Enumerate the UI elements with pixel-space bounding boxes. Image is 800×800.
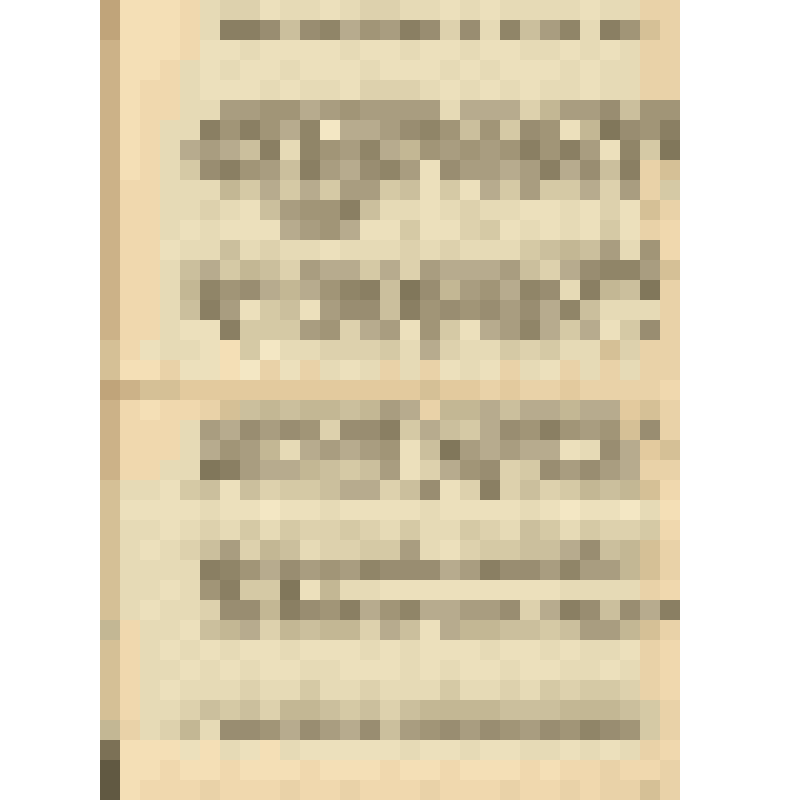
mosaic-block — [480, 600, 500, 620]
mosaic-block — [420, 0, 440, 20]
mosaic-block — [460, 460, 480, 480]
mosaic-block — [320, 480, 340, 500]
mosaic-block — [200, 620, 220, 640]
mosaic-block — [520, 180, 540, 200]
mosaic-block — [160, 0, 180, 20]
mosaic-block — [480, 420, 500, 440]
mosaic-block — [440, 20, 460, 40]
mosaic-block — [700, 60, 720, 80]
mosaic-block — [40, 180, 60, 200]
mosaic-block — [380, 300, 400, 320]
mosaic-block — [20, 20, 40, 40]
mosaic-block — [180, 700, 200, 720]
mosaic-block — [100, 280, 120, 300]
mosaic-block — [600, 40, 620, 60]
mosaic-block — [740, 560, 760, 580]
mosaic-block — [280, 80, 300, 100]
mosaic-block — [500, 220, 520, 240]
mosaic-block — [600, 460, 620, 480]
mosaic-block — [320, 640, 340, 660]
mosaic-block — [420, 540, 440, 560]
mosaic-block — [520, 460, 540, 480]
mosaic-block — [620, 660, 640, 680]
mosaic-block — [80, 280, 100, 300]
mosaic-block — [180, 260, 200, 280]
mosaic-block — [140, 720, 160, 740]
mosaic-block — [240, 100, 260, 120]
mosaic-block — [720, 660, 740, 680]
mosaic-block — [520, 780, 540, 800]
mosaic-block — [160, 240, 180, 260]
mosaic-block — [400, 400, 420, 420]
mosaic-block — [240, 360, 260, 380]
mosaic-block — [120, 120, 140, 140]
mosaic-block — [500, 660, 520, 680]
mosaic-block — [300, 620, 320, 640]
mosaic-block — [520, 520, 540, 540]
mosaic-block — [60, 40, 80, 60]
mosaic-block — [680, 300, 700, 320]
mosaic-block — [760, 620, 780, 640]
mosaic-block — [60, 760, 80, 780]
mosaic-block — [300, 780, 320, 800]
mosaic-block — [620, 500, 640, 520]
mosaic-block — [120, 40, 140, 60]
mosaic-block — [580, 360, 600, 380]
mosaic-block — [40, 380, 60, 400]
mosaic-block — [320, 540, 340, 560]
mosaic-block — [340, 380, 360, 400]
mosaic-block — [780, 280, 800, 300]
mosaic-block — [740, 240, 760, 260]
mosaic-block — [420, 240, 440, 260]
mosaic-block — [440, 80, 460, 100]
mosaic-block — [620, 300, 640, 320]
mosaic-block — [660, 540, 680, 560]
mosaic-block — [160, 380, 180, 400]
mosaic-block — [260, 720, 280, 740]
mosaic-block — [360, 480, 380, 500]
mosaic-block — [120, 720, 140, 740]
mosaic-block — [620, 280, 640, 300]
mosaic-block — [660, 580, 680, 600]
mosaic-block — [620, 60, 640, 80]
mosaic-block — [0, 640, 20, 660]
mosaic-block — [580, 460, 600, 480]
mosaic-block — [720, 120, 740, 140]
mosaic-block — [0, 300, 20, 320]
mosaic-block — [240, 320, 260, 340]
mosaic-block — [540, 140, 560, 160]
mosaic-block — [560, 340, 580, 360]
mosaic-block — [340, 660, 360, 680]
mosaic-block — [480, 500, 500, 520]
mosaic-block — [220, 360, 240, 380]
mosaic-block — [200, 760, 220, 780]
mosaic-block — [620, 140, 640, 160]
mosaic-block — [760, 160, 780, 180]
mosaic-block — [40, 280, 60, 300]
mosaic-block — [60, 340, 80, 360]
mosaic-block — [700, 100, 720, 120]
mosaic-block — [460, 360, 480, 380]
mosaic-block — [0, 480, 20, 500]
mosaic-block — [280, 240, 300, 260]
mosaic-block — [700, 80, 720, 100]
mosaic-block — [680, 20, 700, 40]
mosaic-block — [100, 380, 120, 400]
mosaic-block — [660, 260, 680, 280]
mosaic-block — [100, 320, 120, 340]
mosaic-block — [720, 400, 740, 420]
mosaic-block — [520, 0, 540, 20]
mosaic-block — [700, 120, 720, 140]
mosaic-block — [60, 600, 80, 620]
mosaic-block — [320, 400, 340, 420]
mosaic-block — [620, 580, 640, 600]
mosaic-block — [400, 720, 420, 740]
mosaic-block — [440, 400, 460, 420]
mosaic-block — [100, 600, 120, 620]
mosaic-block — [180, 440, 200, 460]
mosaic-block — [120, 220, 140, 240]
mosaic-block — [80, 520, 100, 540]
mosaic-block — [540, 520, 560, 540]
mosaic-block — [680, 100, 700, 120]
mosaic-block — [720, 260, 740, 280]
mosaic-block — [80, 680, 100, 700]
mosaic-block — [640, 80, 660, 100]
mosaic-block — [340, 420, 360, 440]
mosaic-block — [180, 720, 200, 740]
mosaic-block — [720, 700, 740, 720]
mosaic-block — [140, 380, 160, 400]
mosaic-block — [640, 20, 660, 40]
mosaic-block — [720, 420, 740, 440]
mosaic-block — [740, 80, 760, 100]
mosaic-block — [460, 620, 480, 640]
mosaic-block — [540, 200, 560, 220]
mosaic-block — [200, 280, 220, 300]
mosaic-block — [260, 600, 280, 620]
mosaic-block — [140, 700, 160, 720]
mosaic-block — [240, 560, 260, 580]
mosaic-block — [560, 260, 580, 280]
mosaic-block — [600, 400, 620, 420]
mosaic-block — [640, 520, 660, 540]
mosaic-block — [180, 80, 200, 100]
mosaic-block — [460, 380, 480, 400]
mosaic-block — [440, 60, 460, 80]
mosaic-block — [540, 240, 560, 260]
mosaic-block — [400, 120, 420, 140]
mosaic-block — [160, 60, 180, 80]
mosaic-block — [320, 220, 340, 240]
mosaic-block — [100, 700, 120, 720]
mosaic-block — [540, 640, 560, 660]
mosaic-block — [320, 300, 340, 320]
mosaic-block — [200, 420, 220, 440]
mosaic-block — [480, 540, 500, 560]
mosaic-block — [520, 500, 540, 520]
mosaic-block — [720, 60, 740, 80]
mosaic-block — [600, 380, 620, 400]
mosaic-block — [100, 360, 120, 380]
mosaic-block — [200, 640, 220, 660]
mosaic-block — [300, 380, 320, 400]
mosaic-block — [720, 0, 740, 20]
mosaic-block — [620, 340, 640, 360]
mosaic-block — [20, 0, 40, 20]
mosaic-block — [480, 140, 500, 160]
mosaic-block — [480, 680, 500, 700]
mosaic-block — [600, 160, 620, 180]
mosaic-block — [80, 700, 100, 720]
mosaic-block — [520, 120, 540, 140]
mosaic-block — [720, 480, 740, 500]
mosaic-block — [500, 300, 520, 320]
mosaic-block — [540, 480, 560, 500]
mosaic-block — [720, 740, 740, 760]
mosaic-block — [780, 400, 800, 420]
mosaic-block — [720, 600, 740, 620]
mosaic-block — [620, 460, 640, 480]
mosaic-block — [260, 60, 280, 80]
mosaic-block — [340, 740, 360, 760]
mosaic-block — [680, 260, 700, 280]
mosaic-block — [600, 560, 620, 580]
mosaic-block — [620, 740, 640, 760]
mosaic-block — [0, 660, 20, 680]
mosaic-block — [340, 700, 360, 720]
mosaic-block — [760, 40, 780, 60]
mosaic-block — [700, 200, 720, 220]
mosaic-block — [400, 480, 420, 500]
mosaic-block — [260, 560, 280, 580]
mosaic-block — [760, 580, 780, 600]
mosaic-block — [140, 760, 160, 780]
mosaic-block — [740, 720, 760, 740]
mosaic-block — [400, 520, 420, 540]
mosaic-block — [400, 340, 420, 360]
mosaic-block — [180, 420, 200, 440]
mosaic-block — [0, 720, 20, 740]
mosaic-block — [100, 440, 120, 460]
mosaic-block — [460, 640, 480, 660]
mosaic-block — [660, 780, 680, 800]
mosaic-block — [280, 400, 300, 420]
mosaic-block — [720, 320, 740, 340]
mosaic-block — [540, 60, 560, 80]
mosaic-block — [460, 420, 480, 440]
mosaic-block — [300, 240, 320, 260]
mosaic-block — [200, 580, 220, 600]
mosaic-block — [660, 460, 680, 480]
mosaic-block — [100, 460, 120, 480]
mosaic-block — [460, 100, 480, 120]
mosaic-block — [780, 560, 800, 580]
mosaic-block — [300, 560, 320, 580]
mosaic-block — [140, 120, 160, 140]
mosaic-block — [660, 680, 680, 700]
mosaic-block — [480, 80, 500, 100]
mosaic-block — [540, 180, 560, 200]
mosaic-block — [220, 760, 240, 780]
mosaic-block — [400, 20, 420, 40]
mosaic-block — [520, 740, 540, 760]
mosaic-block — [780, 720, 800, 740]
mosaic-block — [400, 460, 420, 480]
mosaic-block — [180, 320, 200, 340]
mosaic-block — [360, 300, 380, 320]
mosaic-block — [380, 340, 400, 360]
mosaic-block — [600, 20, 620, 40]
mosaic-block — [260, 100, 280, 120]
mosaic-block — [380, 80, 400, 100]
mosaic-block — [20, 560, 40, 580]
mosaic-block — [700, 580, 720, 600]
mosaic-block — [360, 200, 380, 220]
mosaic-block — [380, 600, 400, 620]
mosaic-block — [500, 320, 520, 340]
mosaic-block — [0, 780, 20, 800]
mosaic-block — [380, 20, 400, 40]
mosaic-block — [760, 360, 780, 380]
mosaic-block — [380, 660, 400, 680]
mosaic-block — [780, 340, 800, 360]
mosaic-block — [100, 180, 120, 200]
mosaic-block — [180, 780, 200, 800]
mosaic-block — [680, 60, 700, 80]
mosaic-block — [740, 540, 760, 560]
mosaic-block — [0, 180, 20, 200]
mosaic-block — [20, 780, 40, 800]
mosaic-block — [140, 480, 160, 500]
mosaic-block — [480, 260, 500, 280]
mosaic-block — [180, 480, 200, 500]
mosaic-block — [480, 720, 500, 740]
document-scan — [0, 0, 800, 800]
mosaic-block — [180, 540, 200, 560]
mosaic-block — [460, 500, 480, 520]
mosaic-block — [540, 580, 560, 600]
mosaic-block — [540, 420, 560, 440]
mosaic-block — [260, 140, 280, 160]
mosaic-block — [480, 100, 500, 120]
mosaic-block — [460, 520, 480, 540]
mosaic-block — [760, 300, 780, 320]
mosaic-block — [260, 440, 280, 460]
mosaic-block — [100, 80, 120, 100]
mosaic-block — [580, 80, 600, 100]
mosaic-block — [420, 780, 440, 800]
mosaic-block — [80, 20, 100, 40]
mosaic-block — [640, 320, 660, 340]
mosaic-block — [380, 360, 400, 380]
mosaic-block — [760, 280, 780, 300]
mosaic-block — [420, 220, 440, 240]
mosaic-block — [780, 260, 800, 280]
mosaic-block — [380, 560, 400, 580]
mosaic-block — [140, 460, 160, 480]
mosaic-block — [600, 740, 620, 760]
mosaic-block — [440, 540, 460, 560]
mosaic-block — [480, 620, 500, 640]
mosaic-block — [700, 780, 720, 800]
mosaic-block — [700, 720, 720, 740]
mosaic-block — [240, 500, 260, 520]
mosaic-block — [720, 680, 740, 700]
mosaic-block — [600, 0, 620, 20]
mosaic-block — [20, 400, 40, 420]
mosaic-block — [0, 540, 20, 560]
mosaic-block — [600, 320, 620, 340]
mosaic-block — [140, 220, 160, 240]
mosaic-block — [580, 200, 600, 220]
mosaic-block — [0, 380, 20, 400]
mosaic-block — [140, 580, 160, 600]
mosaic-block — [40, 460, 60, 480]
mosaic-block — [540, 400, 560, 420]
mosaic-block — [260, 780, 280, 800]
mosaic-block — [140, 680, 160, 700]
mosaic-block — [540, 320, 560, 340]
mosaic-block — [20, 180, 40, 200]
mosaic-block — [320, 740, 340, 760]
mosaic-block — [80, 100, 100, 120]
mosaic-block — [260, 520, 280, 540]
mosaic-block — [760, 180, 780, 200]
mosaic-block — [300, 20, 320, 40]
mosaic-block — [240, 420, 260, 440]
mosaic-block — [0, 340, 20, 360]
mosaic-block — [360, 220, 380, 240]
mosaic-block — [700, 180, 720, 200]
mosaic-block — [600, 180, 620, 200]
mosaic-block — [80, 220, 100, 240]
mosaic-block — [640, 760, 660, 780]
mosaic-block — [740, 440, 760, 460]
mosaic-block — [300, 300, 320, 320]
mosaic-block — [0, 100, 20, 120]
mosaic-block — [460, 240, 480, 260]
mosaic-block — [220, 100, 240, 120]
mosaic-block — [20, 660, 40, 680]
mosaic-block — [200, 680, 220, 700]
mosaic-block — [260, 400, 280, 420]
mosaic-block — [20, 100, 40, 120]
mosaic-block — [780, 140, 800, 160]
mosaic-block — [480, 380, 500, 400]
mosaic-block — [80, 140, 100, 160]
mosaic-block — [660, 220, 680, 240]
mosaic-block — [160, 400, 180, 420]
mosaic-block — [160, 500, 180, 520]
mosaic-block — [700, 500, 720, 520]
mosaic-block — [420, 300, 440, 320]
mosaic-block — [340, 600, 360, 620]
mosaic-block — [480, 700, 500, 720]
mosaic-block — [180, 740, 200, 760]
mosaic-block — [500, 440, 520, 460]
mosaic-block — [40, 0, 60, 20]
mosaic-block — [160, 640, 180, 660]
mosaic-block — [100, 500, 120, 520]
mosaic-block — [460, 0, 480, 20]
mosaic-block — [320, 380, 340, 400]
mosaic-block — [680, 140, 700, 160]
mosaic-block — [560, 20, 580, 40]
